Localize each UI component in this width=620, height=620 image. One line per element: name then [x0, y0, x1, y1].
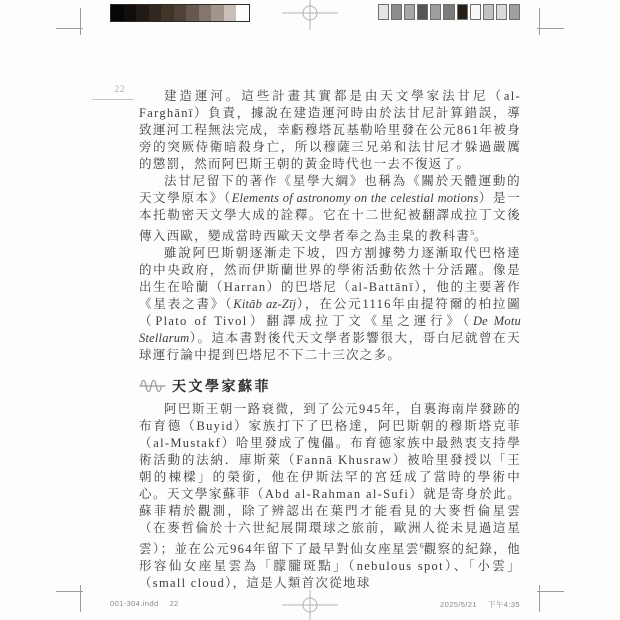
color-patch — [211, 5, 224, 21]
section-heading: 天文學家蘇菲 — [139, 377, 521, 395]
crop-mark-bottom-right-v — [539, 585, 540, 612]
color-patch — [149, 5, 162, 21]
paragraph: 雖說阿巴斯朝逐漸走下坡，四方割據勢力逐漸取代巴格達的中央政府，然而伊斯蘭世界的學… — [139, 245, 521, 364]
page-number-rule — [92, 99, 134, 100]
footer-right: 2025/5/21下午4:35 — [440, 599, 520, 610]
color-patch — [430, 4, 441, 20]
text-segment: 。 — [474, 229, 488, 243]
paragraph: 法甘尼留下的著作《星學大綱》也稱為《關於天體運動的天文學原本》（Elements… — [139, 173, 521, 245]
text-segment: 阿巴斯王朝一路衰微，到了公元945年，自裏海南岸發跡的布育德（Buyid）家族打… — [139, 402, 521, 556]
crop-mark-top-left-h — [56, 28, 83, 29]
color-patch — [483, 4, 494, 20]
text-segment: ）。這本書對後代天文學者影響很大，哥白尼就曾在天球運行論中提到巴塔尼不下二十三次… — [139, 331, 521, 362]
footer-time: 下午4:35 — [488, 600, 520, 609]
color-patch — [509, 4, 520, 20]
footer-page-label: 22 — [170, 599, 179, 608]
crop-mark-top-right-h — [537, 28, 564, 29]
text-segment: 建造運河。這些計畫其實都是由天文學家法甘尼（al-Farghānī）負責，據說在… — [139, 89, 521, 171]
color-patch — [186, 5, 199, 21]
color-patch — [496, 4, 507, 20]
paragraph: 阿巴斯王朝一路衰微，到了公元945年，自裏海南岸發跡的布育德（Buyid）家族打… — [139, 401, 521, 592]
calibration-bar-right — [378, 4, 520, 20]
color-patch — [161, 5, 174, 21]
text-segment: Kitāb az-Zīj — [233, 297, 296, 311]
page-number: 22 — [100, 84, 140, 94]
color-patch — [417, 4, 428, 20]
crop-mark-bottom-right-h — [537, 591, 564, 592]
color-patch — [404, 4, 415, 20]
color-patch — [236, 5, 249, 21]
crop-mark-top-left-v — [80, 8, 81, 35]
color-patch — [391, 4, 402, 20]
waveform-icon — [139, 377, 166, 395]
text-segment: Elements of astronomy on the celestial m… — [232, 191, 479, 205]
color-patch — [224, 5, 237, 21]
color-patch — [111, 5, 124, 21]
section-title: 天文學家蘇菲 — [172, 378, 271, 395]
registration-mark-bottom — [282, 590, 338, 620]
color-patch — [470, 4, 481, 20]
footer-left: 001-304.indd22 — [110, 599, 179, 608]
color-patch — [457, 4, 468, 20]
footer-file-name: 001-304.indd — [110, 599, 159, 608]
color-patch — [378, 4, 389, 20]
color-patch — [136, 5, 149, 21]
color-patch — [174, 5, 187, 21]
color-patch — [124, 5, 137, 21]
crop-mark-bottom-left-h — [56, 591, 83, 592]
book-page-scan: 22 建造運河。這些計畫其實都是由天文學家法甘尼（al-Farghānī）負責，… — [0, 0, 620, 620]
crop-mark-top-right-v — [539, 8, 540, 35]
calibration-bar-left — [110, 4, 250, 22]
paragraph: 建造運河。這些計畫其實都是由天文學家法甘尼（al-Farghānī）負責，據說在… — [139, 88, 521, 173]
registration-mark-top — [282, 0, 338, 30]
footer-date: 2025/5/21 — [440, 600, 477, 609]
crop-mark-bottom-left-v — [80, 585, 81, 612]
color-patch — [199, 5, 212, 21]
color-patch — [443, 4, 454, 20]
article-text: 建造運河。這些計畫其實都是由天文學家法甘尼（al-Farghānī）負責，據說在… — [139, 88, 521, 592]
